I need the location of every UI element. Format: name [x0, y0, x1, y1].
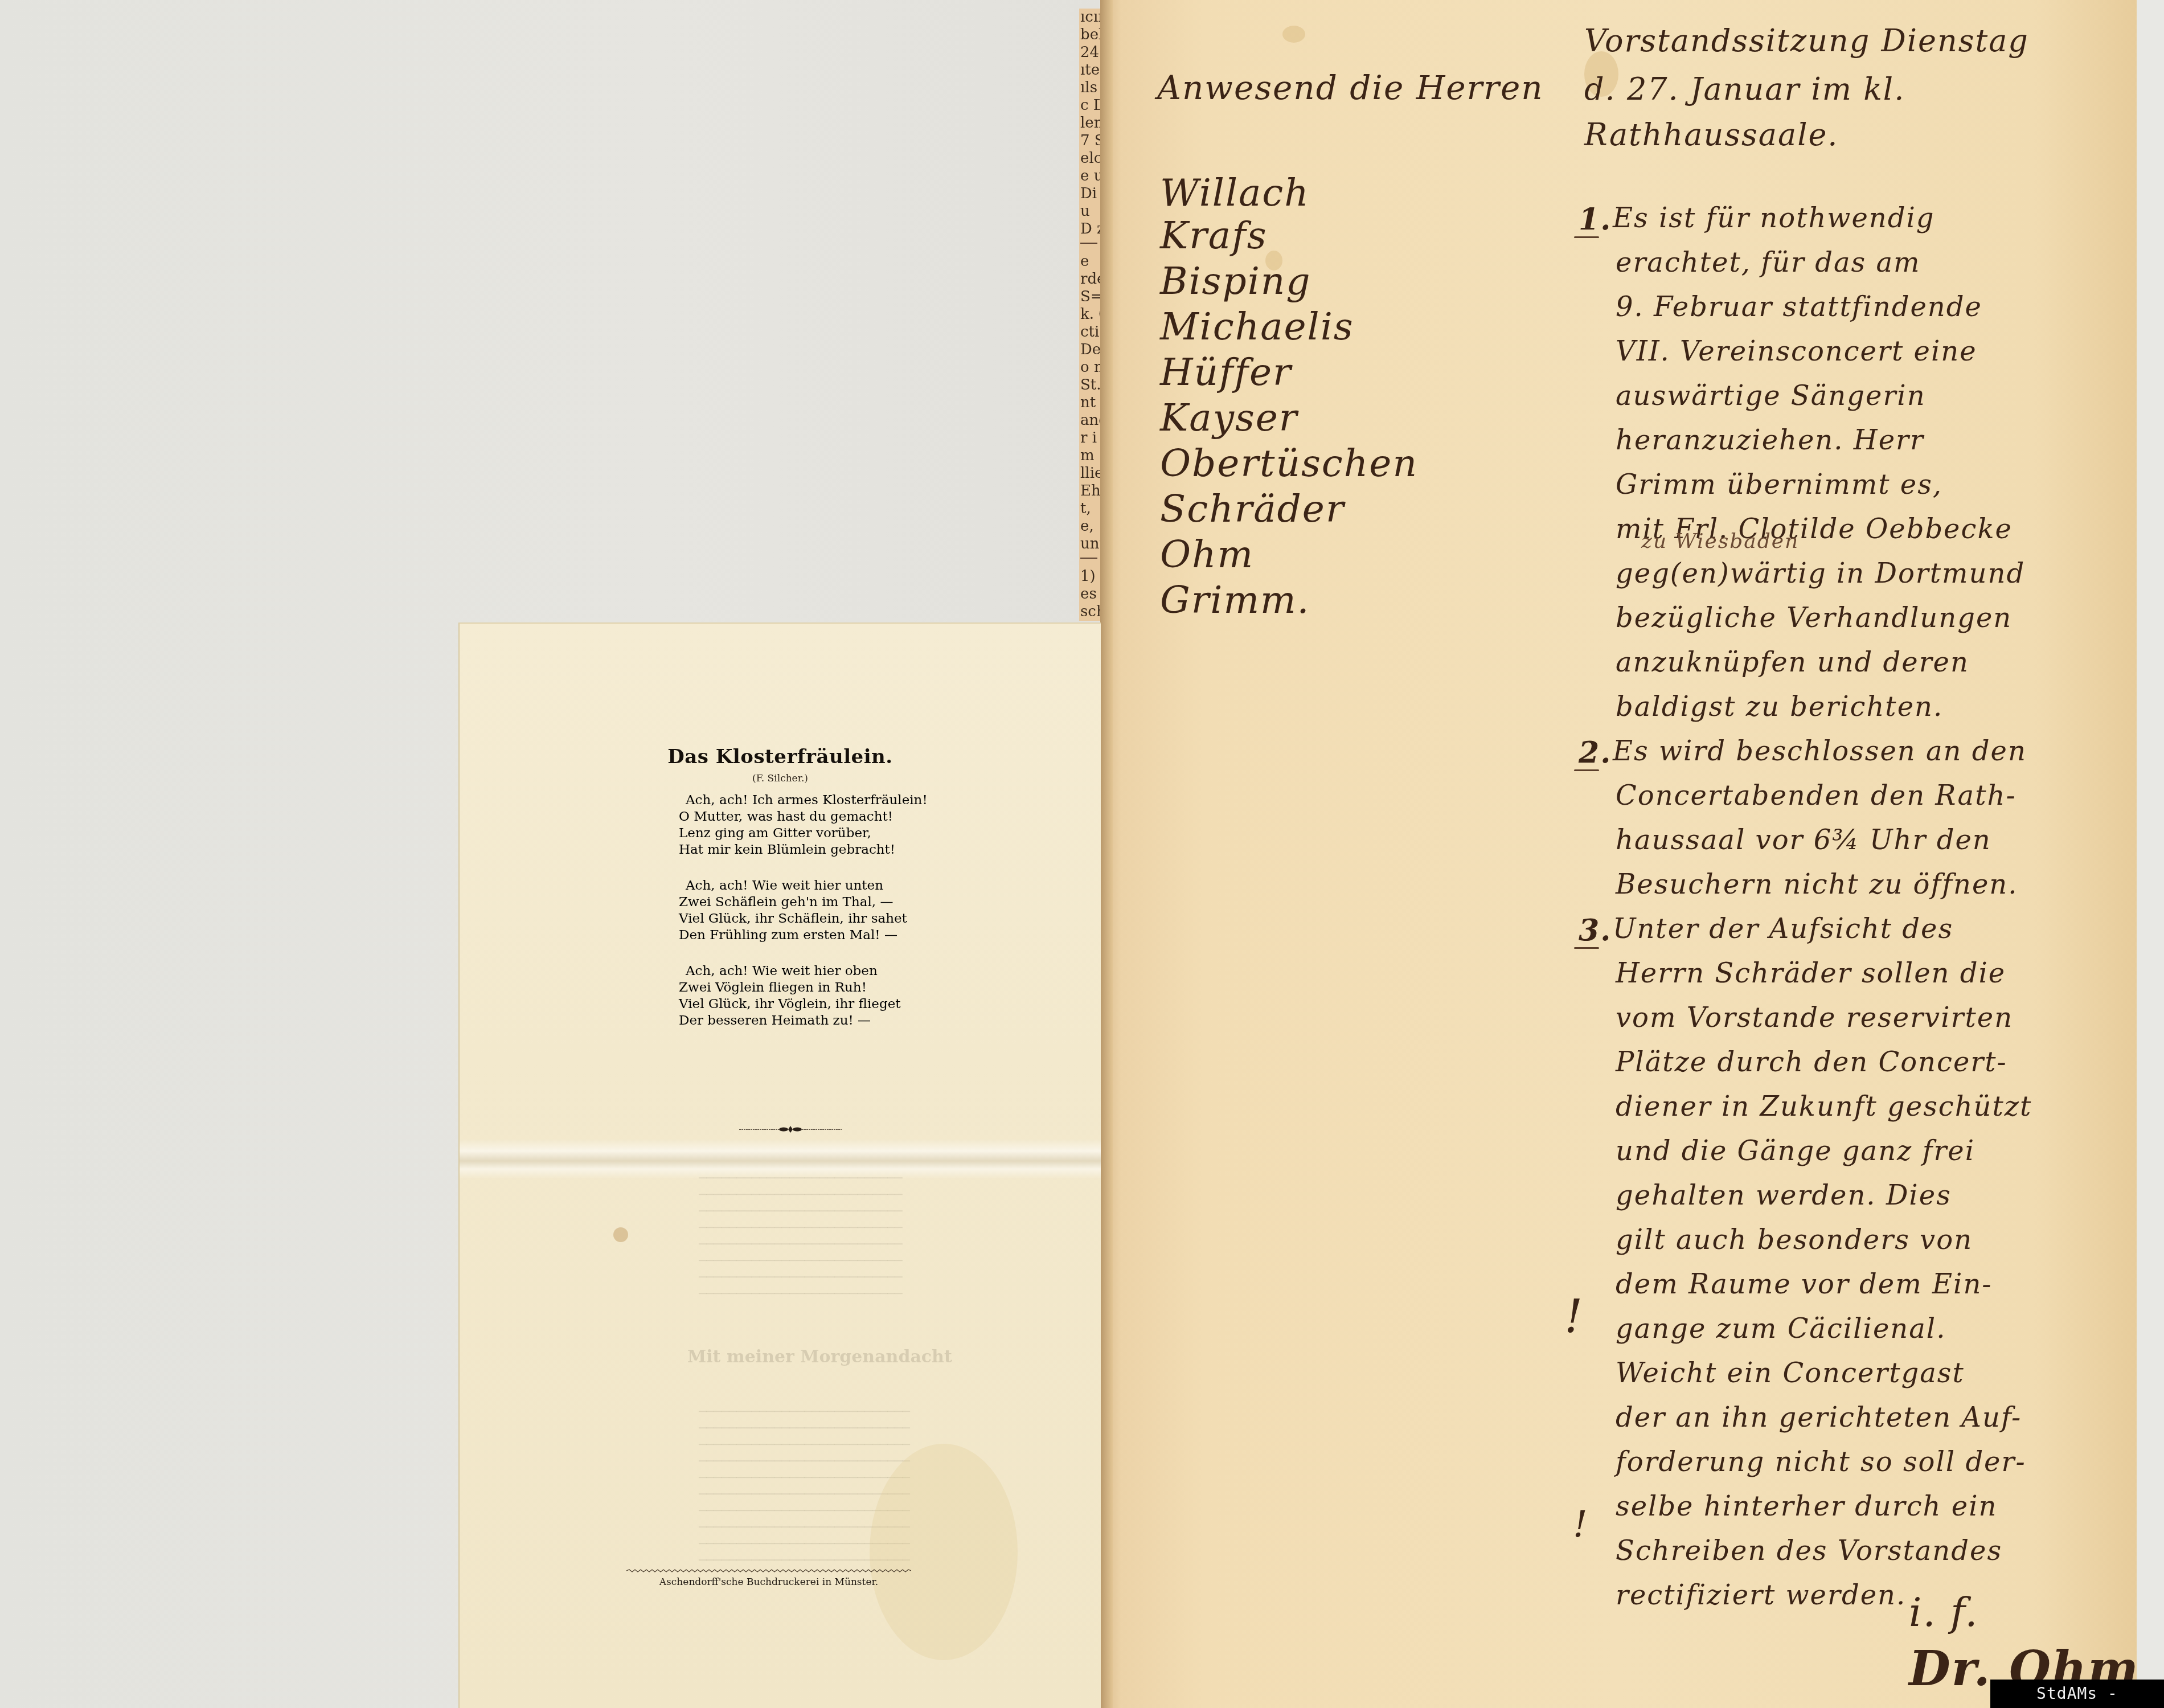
poem-stanza-3: Ach, ach! Wie weit hier oben Zwei Vöglei…: [679, 963, 900, 1029]
member-name: Obertüschen: [1160, 441, 1418, 485]
poem-line: Viel Glück, ihr Vöglein, ihr flieget: [679, 996, 900, 1013]
minutes-line: Grimm übernimmt es,: [1616, 469, 1942, 501]
member-name: Hüffer: [1160, 350, 1292, 394]
poem-line: Ach, ach! Wie weit hier unten: [679, 878, 907, 894]
foxing-stain: [1282, 26, 1305, 43]
poem-line: Lenz ging am Gitter vorüber,: [679, 825, 928, 842]
minutes-line: Es wird beschlossen an den: [1613, 735, 2027, 767]
clipping-rule: [1080, 243, 1097, 248]
minutes-line: 9. Februar stattfindende: [1616, 291, 1982, 323]
minutes-line: rectifiziert werden.: [1616, 1579, 1906, 1611]
minutes-line: Plätze durch den Concert-: [1616, 1046, 2007, 1078]
item-number-underline: [1574, 947, 1599, 949]
wavy-rule-icon: [626, 1569, 911, 1572]
poem-line: Den Frühling zum ersten Mal! —: [679, 927, 907, 944]
poem-composer: (F. Silcher.): [460, 773, 1101, 784]
insertion-wiesbaden: zu Wiesbaden: [1641, 530, 1799, 553]
minutes-line: forderung nicht so soll der-: [1616, 1446, 2026, 1478]
session-header-line: Vorstandssitzung Dienstag: [1584, 23, 2029, 59]
minutes-line: bezügliche Verhandlungen: [1616, 602, 2012, 634]
minutes-line: Concertabenden den Rath-: [1616, 780, 2017, 812]
closing-initials: i. f.: [1909, 1589, 1979, 1636]
minutes-line: Unter der Aufsicht des: [1613, 913, 1953, 945]
member-name: Grimm.: [1160, 578, 1310, 622]
minutes-line: gilt auch besonders von: [1616, 1224, 1973, 1256]
minutes-line: baldigst zu berichten.: [1616, 691, 1943, 723]
member-name: Krafs: [1160, 214, 1268, 257]
binding-gutter: [1100, 0, 1113, 1708]
poem-line: Der besseren Heimath zu! —: [679, 1013, 900, 1029]
minutes-line: Es ist für nothwendig: [1613, 202, 1935, 234]
poem-line: Viel Glück, ihr Schäflein, ihr sahet: [679, 911, 907, 927]
printer-imprint: Aschendorff'sche Buchdruckerei in Münste…: [626, 1576, 911, 1588]
minutes-line: geg(en)wärtig in Dortmund: [1616, 558, 2025, 589]
bleed-through-text: ────────────────────────────────────────…: [699, 1170, 903, 1302]
minutes-line: Schreiben des Vorstandes: [1616, 1535, 2002, 1567]
session-header-line: Rathhaussaale.: [1584, 117, 1839, 153]
poem-line: Ach, ach! Ich armes Klosterfräulein!: [679, 792, 928, 809]
minutes-line: erachtet, für das am: [1616, 247, 1921, 278]
poem-line: Ach, ach! Wie weit hier oben: [679, 963, 900, 980]
member-name: Willach: [1160, 171, 1310, 215]
attendance-heading: Anwesend die Herren: [1157, 68, 1544, 107]
bleed-through-heading: Mit meiner Morgenandacht: [687, 1347, 952, 1367]
member-name: Michaelis: [1160, 305, 1354, 349]
archive-reference-label: StdAMs - MV_003_286: [1990, 1680, 2164, 1708]
minutes-line: dem Raume vor dem Ein-: [1616, 1268, 1993, 1300]
poem-line: O Mutter, was hast du gemacht!: [679, 809, 928, 825]
member-name: Ohm: [1160, 533, 1254, 576]
margin-exclamation-mark: !: [1573, 1504, 1588, 1546]
minutes-line: gange zum Cäcilienal.: [1616, 1313, 1946, 1345]
minutes-line: Herrn Schräder sollen die: [1616, 957, 2006, 989]
member-name: Kayser: [1160, 396, 1298, 440]
minutes-line: vom Vorstande reservirten: [1616, 1002, 2013, 1034]
margin-exclamation-mark: !: [1564, 1290, 1583, 1343]
poem-title: Das Klosterfräulein.: [460, 746, 1101, 768]
poem-stanza-2: Ach, ach! Wie weit hier unten Zwei Schäf…: [679, 878, 907, 944]
minutes-line: der an ihn gerichteten Auf-: [1616, 1402, 2022, 1433]
minutes-line: Weicht ein Concertgast: [1616, 1357, 1965, 1389]
minutes-line: und die Gänge ganz frei: [1616, 1135, 1975, 1167]
minutes-line: VII. Vereinsconcert eine: [1616, 335, 1977, 367]
foxing-stain: [870, 1444, 1018, 1660]
printed-poem-leaflet: Mit meiner Morgenandacht ───────────────…: [458, 622, 1101, 1708]
minutes-line: diener in Zukunft geschützt: [1616, 1091, 2032, 1123]
member-name: Schräder: [1160, 487, 1345, 531]
item-number: 2.: [1579, 735, 1612, 770]
minutes-line: selbe hinterher durch ein: [1616, 1490, 1997, 1522]
poem-line: Zwei Schäflein geh'n im Thal, —: [679, 894, 907, 911]
member-name: Bisping: [1160, 259, 1311, 303]
minutes-line: anzuknüpfen und deren: [1616, 646, 1969, 678]
session-header-line: d. 27. Januar im kl.: [1584, 71, 1905, 107]
minutes-line: Besuchern nicht zu öffnen.: [1616, 869, 2018, 900]
item-number: 1.: [1579, 202, 1612, 237]
item-number-underline: [1574, 769, 1599, 771]
item-number-underline: [1574, 236, 1599, 238]
minutes-line: gehalten werden. Dies: [1616, 1179, 1952, 1211]
foxing-stain: [613, 1227, 628, 1242]
album-right-edge: [2137, 0, 2164, 1708]
poem-stanza-1: Ach, ach! Ich armes Klosterfräulein! O M…: [679, 792, 928, 858]
handwritten-minutes-sheet: Anwesend die Herren WillachKrafsBispingM…: [1100, 0, 2138, 1708]
poem-line: Zwei Vöglein fliegen in Ruh!: [679, 980, 900, 996]
minutes-line: haussaal vor 6¾ Uhr den: [1616, 824, 1991, 856]
poem-line: Hat mir kein Blümlein gebracht!: [679, 842, 928, 858]
minutes-line: auswärtige Sängerin: [1616, 380, 1926, 412]
clipping-rule: [1080, 558, 1097, 563]
item-number: 3.: [1579, 913, 1612, 948]
minutes-line: heranzuziehen. Herr: [1616, 424, 1924, 456]
ornament-divider-icon: [739, 1125, 842, 1134]
